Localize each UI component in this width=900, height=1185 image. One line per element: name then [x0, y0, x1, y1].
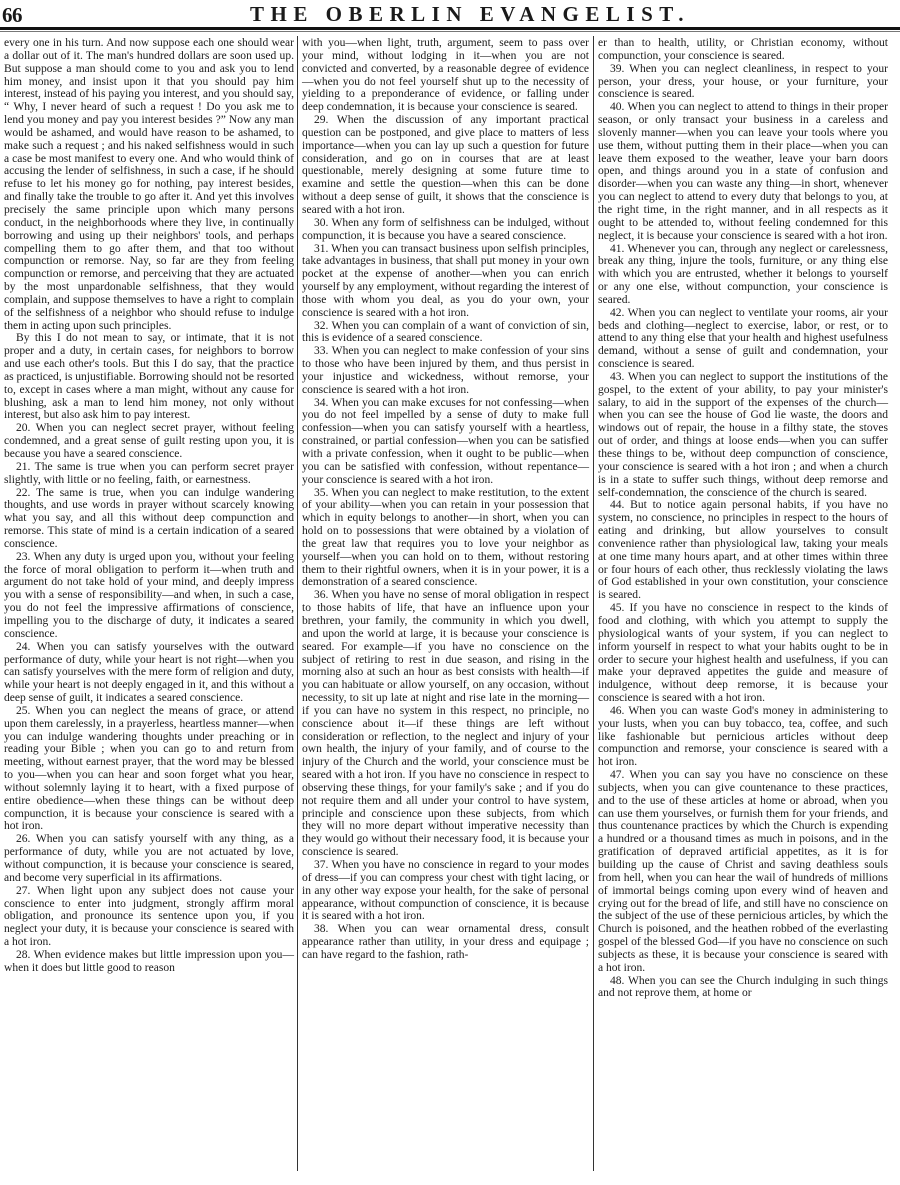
paragraph: 41. Whenever you can, through any neglec…	[598, 243, 888, 307]
paragraph: 33. When you can neglect to make confess…	[302, 345, 589, 396]
paragraph: 28. When evidence makes but little impre…	[4, 949, 294, 975]
paragraph: 21. The same is true when you can perfor…	[4, 461, 294, 487]
column-2: with you—when light, truth, argument, se…	[302, 37, 589, 962]
paragraph: 20. When you can neglect secret prayer, …	[4, 422, 294, 461]
paragraph: 45. If you have no conscience in respect…	[598, 602, 888, 705]
paragraph: 22. The same is true, when you can indul…	[4, 487, 294, 551]
paragraph: 25. When you can neglect the means of gr…	[4, 705, 294, 833]
newspaper-title: THE OBERLIN EVANGELIST.	[0, 2, 900, 27]
header-rule	[0, 27, 900, 30]
paragraph: with you—when light, truth, argument, se…	[302, 37, 589, 114]
paragraph: 34. When you can make excuses for not co…	[302, 397, 589, 487]
column-1: every one in his turn. And now suppose e…	[4, 37, 294, 975]
paragraph: 40. When you can neglect to attend to th…	[598, 101, 888, 242]
paragraph: 44. But to notice again personal habits,…	[598, 499, 888, 602]
paragraph: By this I do not mean to say, or intimat…	[4, 332, 294, 422]
column-divider	[593, 36, 594, 1171]
paragraph: 47. When you can say you have no conscie…	[598, 769, 888, 975]
header-rule-thin	[0, 31, 900, 32]
paragraph: 23. When any duty is urged upon you, wit…	[4, 551, 294, 641]
paragraph: 48. When you can see the Church indulgin…	[598, 975, 888, 1001]
paragraph: 32. When you can complain of a want of c…	[302, 320, 589, 346]
paragraph: 46. When you can waste God's money in ad…	[598, 705, 888, 769]
paragraph: 31. When you can transact business upon …	[302, 243, 589, 320]
paragraph: 39. When you can neglect cleanliness, in…	[598, 63, 888, 102]
paragraph: 43. When you can neglect to support the …	[598, 371, 888, 499]
paragraph: 42. When you can neglect to ventilate yo…	[598, 307, 888, 371]
paragraph: er than to health, utility, or Christian…	[598, 37, 888, 63]
column-divider	[297, 36, 298, 1171]
paragraph: 38. When you can wear ornamental dress, …	[302, 923, 589, 962]
column-3: er than to health, utility, or Christian…	[598, 37, 888, 1000]
paragraph: 36. When you have no sense of moral obli…	[302, 589, 589, 859]
paragraph: 29. When the discussion of any important…	[302, 114, 589, 217]
paragraph: 27. When light upon any subject does not…	[4, 885, 294, 949]
paragraph: 35. When you can neglect to make restitu…	[302, 487, 589, 590]
paragraph: 37. When you have no conscience in regar…	[302, 859, 589, 923]
masthead: 66 THE OBERLIN EVANGELIST.	[0, 0, 900, 32]
paragraph: 24. When you can satisfy yourselves with…	[4, 641, 294, 705]
paragraph: 30. When any form of selfishness can be …	[302, 217, 589, 243]
paragraph: every one in his turn. And now suppose e…	[4, 37, 294, 332]
paragraph: 26. When you can satisfy yourself with a…	[4, 833, 294, 884]
